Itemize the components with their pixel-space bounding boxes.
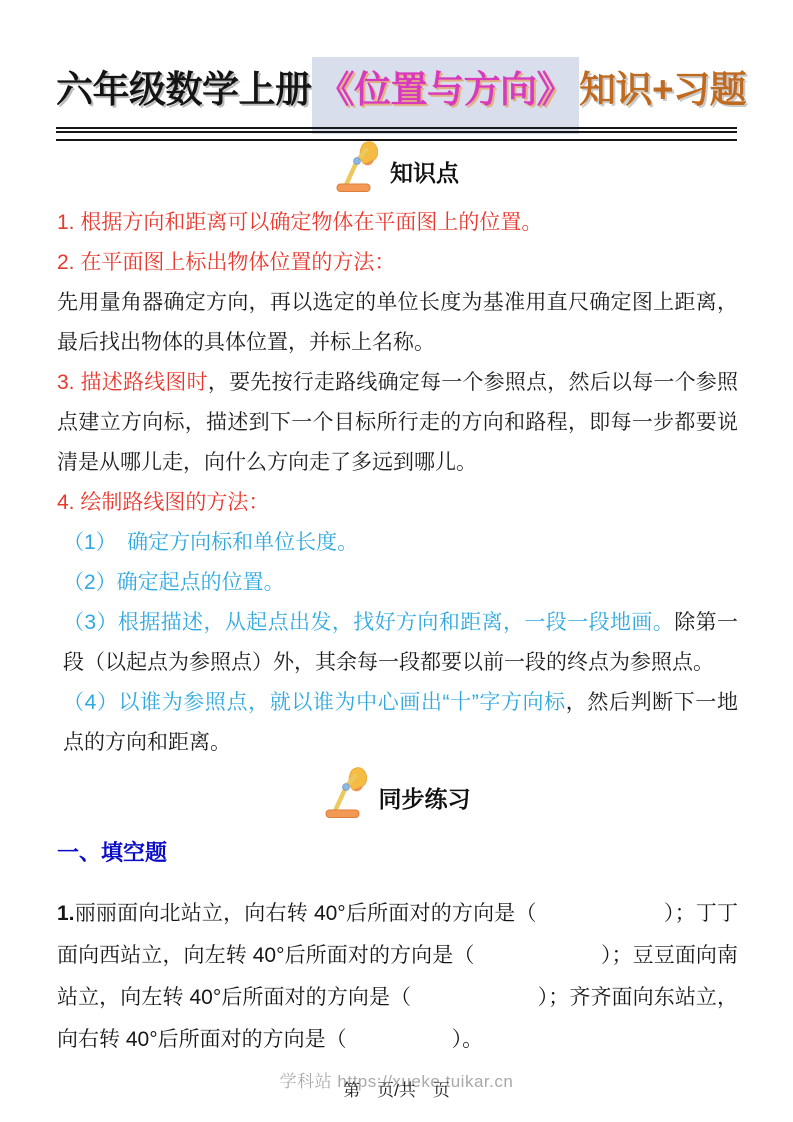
knowledge-sub-2: （2）确定起点的位置。 — [57, 563, 738, 603]
knowledge-point-1: 1. 根据方向和距离可以确定物体在平面图上的位置。 — [57, 203, 738, 243]
worksheet-page: 六年级数学上册《位置与方向》知识+习题 知识点 1. 根据方向和距离可以确定物体… — [0, 0, 793, 1122]
desk-lamp-icon — [334, 140, 378, 192]
practice-section-head: 同步练习 — [0, 766, 793, 818]
knowledge-sub-1: （1） 确定方向标和单位长度。 — [57, 523, 738, 563]
knowledge-point-3-lead: 3. 描述路线图时 — [57, 371, 208, 394]
title-topic-highlight: 《位置与方向》 — [312, 57, 580, 134]
practice-heading: 同步练习 — [379, 781, 471, 818]
question-1: 1.丽丽面向北站立，向右转 40°后所面对的方向是（ ）；丁丁面向西站立，向左转… — [57, 893, 738, 1061]
knowledge-sub-4: （4）以谁为参照点，就以谁为中心画出“十”字方向标，然后判断下一地点的方向和距离… — [57, 683, 738, 763]
title-grade-text: 六年级数学上册 — [56, 69, 312, 110]
page-number-label: 第 页/共 页 — [0, 1076, 793, 1101]
knowledge-sub-3: （3）根据描述，从起点出发，找好方向和距离，一段一段地画。除第一段（以起点为参照… — [57, 603, 738, 683]
knowledge-point-2: 2. 在平面图上标出物体位置的方法： — [57, 243, 738, 283]
question-1-text: 丽丽面向北站立，向右转 40°后所面对的方向是（ ）；丁丁面向西站立，向左转 4… — [57, 902, 738, 1051]
knowledge-point-3: 3. 描述路线图时，要先按行走路线确定每一个参照点，然后以每一个参照点建立方向标… — [57, 363, 738, 483]
knowledge-section-head: 知识点 — [0, 140, 793, 192]
knowledge-point-2-body: 先用量角器确定方向，再以选定的单位长度为基准用直尺确定图上距离，最后找出物体的具… — [57, 283, 738, 363]
title-divider-rules — [56, 127, 737, 141]
knowledge-content: 1. 根据方向和距离可以确定物体在平面图上的位置。 2. 在平面图上标出物体位置… — [57, 203, 738, 763]
question-1-number: 1. — [57, 902, 75, 925]
fill-in-blank-heading: 一、填空题 — [57, 836, 167, 867]
title-suffix-text: 知识+习题 — [579, 69, 746, 110]
document-title: 六年级数学上册《位置与方向》知识+习题 — [56, 68, 753, 112]
knowledge-point-4: 4. 绘制路线图的方法： — [57, 483, 738, 523]
desk-lamp-icon — [323, 766, 367, 818]
knowledge-sub-3-lead: （3）根据描述，从起点出发，找好方向和距离，一段一段地画。 — [63, 611, 674, 634]
knowledge-heading: 知识点 — [390, 155, 459, 192]
knowledge-sub-4-lead: （4）以谁为参照点，就以谁为中心画出“十”字方向标 — [63, 691, 566, 714]
